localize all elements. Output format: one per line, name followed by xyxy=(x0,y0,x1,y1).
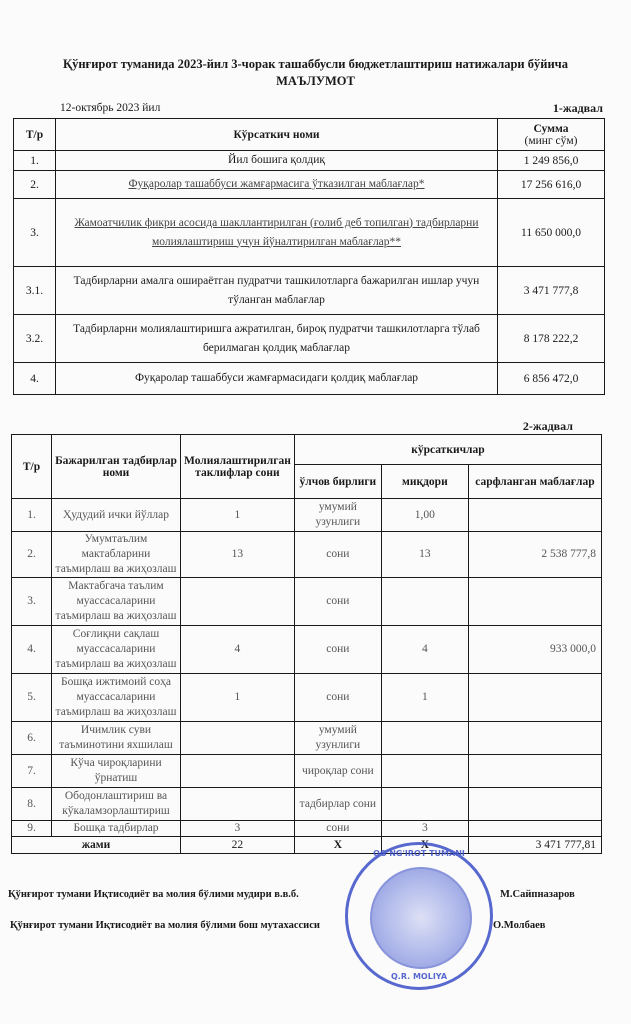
t2-row-name: Соғлиқни сақлаш муассасаларини таъмирлаш… xyxy=(52,626,181,674)
t2-row-quantity xyxy=(381,722,468,755)
t1-row-name: Жамоатчилик фикри асосида шакллантирилга… xyxy=(56,199,498,267)
t2-row-spent: 2 538 777,8 xyxy=(468,532,601,578)
table1-header-row: Т/р Кўрсаткич номи Сумма (минг сўм) xyxy=(14,119,605,151)
t1-row-num: 3.1. xyxy=(14,267,56,315)
t2-row-unit: сони xyxy=(294,532,381,578)
table2-row: 4.Соғлиқни сақлаш муассасаларини таъмирл… xyxy=(12,626,602,674)
t2-row-spent xyxy=(468,755,601,788)
t1-row-name: Йил бошига қолдиқ xyxy=(56,151,498,171)
t2-header-name: Бажарилган тадбирлар номи xyxy=(52,435,181,499)
document-date: 12-октябрь 2023 йил xyxy=(60,102,160,114)
t2-row-quantity xyxy=(381,755,468,788)
official-stamp: QO'NG'IROT TUMANI Q.R. MOLIYA xyxy=(345,842,493,990)
t2-header-indicators: кўрсаткичлар xyxy=(294,435,601,465)
t2-row-name: Кўча чироқларини ўрнатиш xyxy=(52,755,181,788)
signature-2-position: Қўнғирот тумани Иқтисодиёт ва молия бўли… xyxy=(10,920,320,931)
t1-row-num: 3.2. xyxy=(14,315,56,363)
t1-row-value: 8 178 222,2 xyxy=(498,315,605,363)
table-1: Т/р Кўрсаткич номи Сумма (минг сўм) 1.Йи… xyxy=(13,118,605,395)
t2-row-num: 4. xyxy=(12,626,52,674)
t2-row-name: Ичимлик суви таъминотини яхшилаш xyxy=(52,722,181,755)
t2-row-unit: сони xyxy=(294,674,381,722)
t2-row-num: 1. xyxy=(12,499,52,532)
t1-row-num: 1. xyxy=(14,151,56,171)
stamp-bottom-text: Q.R. MOLIYA xyxy=(348,972,490,981)
signature-1-position: Қўнғирот тумани Иқтисодиёт ва молия бўли… xyxy=(8,889,299,900)
t2-row-unit: сони xyxy=(294,821,381,837)
t1-row-value: 3 471 777,8 xyxy=(498,267,605,315)
t2-row-spent xyxy=(468,578,601,626)
t1-row-name: Тадбирларни амалга ошираётган пудратчи т… xyxy=(56,267,498,315)
title-line-1: Қўнғирот туманида 2023-йил 3-чорак ташаб… xyxy=(0,56,631,73)
t2-row-proposals xyxy=(181,755,295,788)
table1-label: 1-жадвал xyxy=(553,101,603,116)
t1-row-value: 6 856 472,0 xyxy=(498,363,605,395)
t1-header-name: Кўрсаткич номи xyxy=(56,119,498,151)
table-2: Т/р Бажарилган тадбирлар номи Молиялашти… xyxy=(11,434,602,854)
table1-row: 4.Фуқаролар ташаббуси жамғармасидаги қол… xyxy=(14,363,605,395)
t2-row-quantity: 4 xyxy=(381,626,468,674)
t2-row-spent xyxy=(468,722,601,755)
t2-row-proposals: 13 xyxy=(181,532,295,578)
t2-row-num: 7. xyxy=(12,755,52,788)
t1-row-num: 4. xyxy=(14,363,56,395)
t2-row-proposals: 3 xyxy=(181,821,295,837)
t2-row-quantity xyxy=(381,578,468,626)
t2-row-spent xyxy=(468,821,601,837)
t1-row-value: 17 256 616,0 xyxy=(498,171,605,199)
table1-row: 3.Жамоатчилик фикри асосида шакллантирил… xyxy=(14,199,605,267)
t2-row-name: Бошқа ижтимоий соҳа муассасаларини таъми… xyxy=(52,674,181,722)
t2-row-name: Бошқа тадбирлар xyxy=(52,821,181,837)
t1-row-name: Фуқаролар ташаббуси жамғармасига ўтказил… xyxy=(56,171,498,199)
signature-2-name: О.Молбаев xyxy=(493,920,545,931)
t2-row-name: Мактабгача таълим муассасаларини таъмирл… xyxy=(52,578,181,626)
t1-header-sum-unit: (минг сўм) xyxy=(501,135,601,147)
table1-row: 3.2.Тадбирларни молиялаштиришга ажратилг… xyxy=(14,315,605,363)
table2-row: 8.Ободонлаштириш ва кўкаламзорлаштиришта… xyxy=(12,788,602,821)
t2-total-row: жами 22 X X 3 471 777,81 xyxy=(12,837,602,854)
t2-row-unit: тадбирлар сони xyxy=(294,788,381,821)
t2-row-proposals xyxy=(181,578,295,626)
table1-row: 2.Фуқаролар ташаббуси жамғармасига ўтказ… xyxy=(14,171,605,199)
t2-row-spent xyxy=(468,788,601,821)
t2-row-name: Умумтаълим мактабларини таъмирлаш ва жиҳ… xyxy=(52,532,181,578)
t2-row-num: 6. xyxy=(12,722,52,755)
t2-row-name: Ободонлаштириш ва кўкаламзорлаштириш xyxy=(52,788,181,821)
table1-row: 1.Йил бошига қолдиқ1 249 856,0 xyxy=(14,151,605,171)
t2-row-quantity: 1,00 xyxy=(381,499,468,532)
t2-row-spent xyxy=(468,499,601,532)
table2-label: 2-жадвал xyxy=(523,419,573,434)
table2-row: 9.Бошқа тадбирлар3сони3 xyxy=(12,821,602,837)
t2-header-quantity: миқдори xyxy=(381,465,468,499)
t2-row-num: 3. xyxy=(12,578,52,626)
t2-total-label: жами xyxy=(12,837,181,854)
t2-row-unit: сони xyxy=(294,626,381,674)
t2-header-num: Т/р xyxy=(12,435,52,499)
t2-row-proposals: 1 xyxy=(181,499,295,532)
t2-row-num: 8. xyxy=(12,788,52,821)
t1-row-value: 11 650 000,0 xyxy=(498,199,605,267)
table2-row: 3.Мактабгача таълим муассасаларини таъми… xyxy=(12,578,602,626)
t1-header-num: Т/р xyxy=(14,119,56,151)
t2-total-proposals: 22 xyxy=(181,837,295,854)
t1-row-name: Тадбирларни молиялаштиришга ажратилган, … xyxy=(56,315,498,363)
t2-row-num: 5. xyxy=(12,674,52,722)
table2-row: 7.Кўча чироқларини ўрнатишчироқлар сони xyxy=(12,755,602,788)
table1-row: 3.1.Тадбирларни амалга ошираётган пудрат… xyxy=(14,267,605,315)
table2-row: 6.Ичимлик суви таъминотини яхшилашумумий… xyxy=(12,722,602,755)
t2-row-proposals: 1 xyxy=(181,674,295,722)
t2-header-unit: ўлчов бирлиги xyxy=(294,465,381,499)
t2-row-proposals xyxy=(181,788,295,821)
t2-row-quantity: 3 xyxy=(381,821,468,837)
t2-row-num: 9. xyxy=(12,821,52,837)
table2-row: 1.Ҳудудий ички йўллар1умумий узунлиги1,0… xyxy=(12,499,602,532)
title-line-2: МАЪЛУМОТ xyxy=(0,73,631,90)
t2-row-unit: умумий узунлиги xyxy=(294,722,381,755)
t2-row-quantity: 1 xyxy=(381,674,468,722)
t1-row-value: 1 249 856,0 xyxy=(498,151,605,171)
t2-row-spent xyxy=(468,674,601,722)
t2-row-proposals: 4 xyxy=(181,626,295,674)
t2-row-quantity: 13 xyxy=(381,532,468,578)
t2-row-num: 2. xyxy=(12,532,52,578)
t1-row-name: Фуқаролар ташаббуси жамғармасидаги қолди… xyxy=(56,363,498,395)
table2-row: 5.Бошқа ижтимоий соҳа муассасаларини таъ… xyxy=(12,674,602,722)
t1-row-num: 3. xyxy=(14,199,56,267)
t1-header-sum: Сумма (минг сўм) xyxy=(498,119,605,151)
t2-row-unit: сони xyxy=(294,578,381,626)
t1-row-num: 2. xyxy=(14,171,56,199)
t2-row-name: Ҳудудий ички йўллар xyxy=(52,499,181,532)
t2-row-proposals xyxy=(181,722,295,755)
table2-row: 2.Умумтаълим мактабларини таъмирлаш ва ж… xyxy=(12,532,602,578)
table2-header-row-1: Т/р Бажарилган тадбирлар номи Молиялашти… xyxy=(12,435,602,465)
t2-header-proposals: Молиялаштирилган таклифлар сони xyxy=(181,435,295,499)
stamp-top-text: QO'NG'IROT TUMANI xyxy=(348,849,490,858)
t2-row-spent: 933 000,0 xyxy=(468,626,601,674)
t1-header-sum-title: Сумма xyxy=(501,123,601,135)
signature-1-name: М.Сайпназаров xyxy=(500,889,575,900)
t2-row-unit: чироқлар сони xyxy=(294,755,381,788)
t2-header-spent: сарфланган маблағлар xyxy=(468,465,601,499)
t2-row-quantity xyxy=(381,788,468,821)
stamp-emblem-icon xyxy=(370,867,472,969)
document-title: Қўнғирот туманида 2023-йил 3-чорак ташаб… xyxy=(0,56,631,90)
t2-row-unit: умумий узунлиги xyxy=(294,499,381,532)
